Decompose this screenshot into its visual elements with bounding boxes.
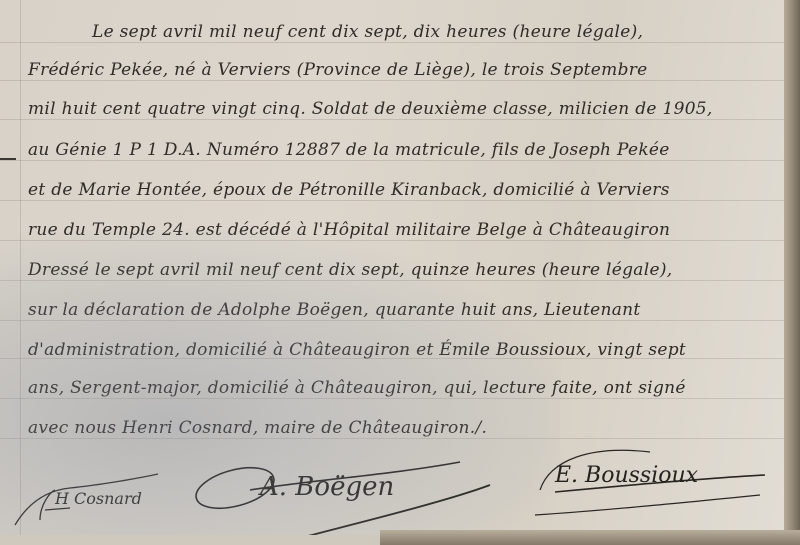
text-line-10: ans, Sergent-major, domicilié à Châteaug… (28, 378, 686, 398)
book-edge-right (784, 0, 800, 545)
text-line-9: d'administration, domicilié à Châteaugir… (28, 340, 686, 360)
text-line-5: et de Marie Hontée, époux de Pétronille … (28, 180, 670, 200)
signature-flourish-icon: A. Boëgen (190, 450, 510, 535)
signature-cosnard: H Cosnard (10, 470, 160, 530)
text-line-6: rue du Temple 24. est décédé à l'Hôpital… (28, 220, 670, 240)
signature-boegen: A. Boëgen (190, 450, 510, 535)
book-edge-bottom (380, 530, 800, 545)
text-line-3: mil huit cent quatre vingt cinq. Soldat … (28, 99, 713, 119)
ruled-line (0, 200, 784, 201)
ruled-line (0, 320, 784, 321)
svg-text:E. Boussioux: E. Boussioux (554, 463, 699, 488)
register-page: Le sept avril mil neuf cent dix sept, di… (0, 0, 784, 535)
ruled-line (0, 80, 784, 81)
signature-boussioux: E. Boussioux (530, 440, 770, 520)
text-line-2: Frédéric Pekée, né à Verviers (Province … (28, 60, 648, 80)
ruled-line (0, 280, 784, 281)
ruled-line (0, 398, 784, 399)
signature-flourish-icon: H Cosnard (10, 470, 160, 530)
ruled-line (0, 438, 784, 439)
svg-text:H Cosnard: H Cosnard (54, 489, 142, 508)
signature-flourish-icon: E. Boussioux (530, 440, 770, 520)
text-line-4: au Génie 1 P 1 D.A. Numéro 12887 de la m… (28, 140, 670, 160)
ruled-line (0, 160, 784, 161)
ruled-line (0, 42, 784, 43)
text-line-7: Dressé le sept avril mil neuf cent dix s… (28, 260, 672, 280)
ruled-line (0, 119, 784, 120)
ruled-line (0, 240, 784, 241)
margin-mark (0, 158, 16, 160)
svg-text:A. Boëgen: A. Boëgen (258, 472, 394, 502)
text-line-8: sur la déclaration de Adolphe Boëgen, qu… (28, 300, 641, 320)
text-line-1: Le sept avril mil neuf cent dix sept, di… (92, 22, 643, 42)
text-line-11: avec nous Henri Cosnard, maire de Châtea… (28, 418, 487, 438)
